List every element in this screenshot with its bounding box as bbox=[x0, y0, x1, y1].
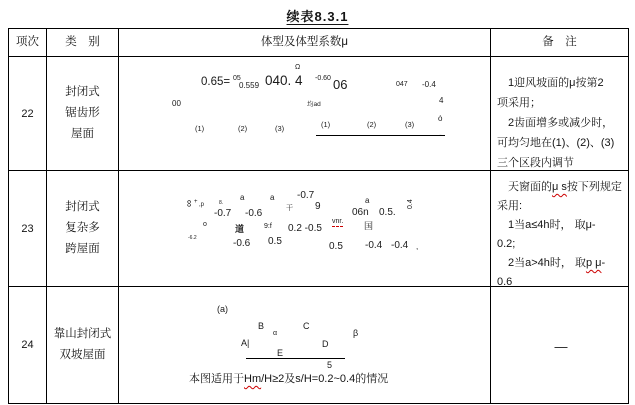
diagram-fragment: (3) bbox=[275, 125, 284, 133]
diagram-fragment: 干 bbox=[286, 205, 293, 212]
diagram-fragment: 8. bbox=[219, 201, 223, 206]
text-line: 锯齿形 bbox=[65, 103, 100, 124]
diagram-fragment: B bbox=[258, 322, 264, 331]
diagram-fragment: -0.6 bbox=[233, 239, 250, 249]
header-cell-category: 类 别 bbox=[46, 29, 118, 56]
text-line: 双坡屋面 bbox=[60, 345, 106, 366]
table-row-22: 22 封闭式锯齿形屋面 Ω0.65=050.559040. 4-0.600604… bbox=[9, 56, 628, 170]
diagram-cell-sawtooth-roof: Ω0.65=050.559040. 4-0.6006047-0.400均ad4ȯ… bbox=[118, 57, 490, 170]
text-line: 可均匀地在(1)、(2)、(3) bbox=[497, 133, 625, 153]
diagram-fragment: 0.5. bbox=[379, 208, 396, 218]
text-line: 三个区段内调节 bbox=[497, 153, 625, 173]
diagram-line bbox=[316, 135, 445, 136]
document-page: 续表8.3.1 项次 类 别 体型及体型系数μ 备 注 22 封闭式锯齿形屋面 … bbox=[0, 0, 635, 405]
text-line: 封闭式 bbox=[65, 82, 100, 103]
diagram-fragment: (1) bbox=[321, 121, 330, 129]
diagram-fragment: , bbox=[416, 243, 418, 251]
text-line: 0.2; bbox=[497, 235, 625, 254]
diagram-fragment: 道 bbox=[235, 225, 244, 234]
header-cell-index: 项次 bbox=[9, 29, 46, 56]
table-row-24: 24 靠山封闭式双坡屋面 本图适用于Hm/H≥2及s/H=0.2~0.4的情况 … bbox=[9, 286, 628, 403]
text-line: 本图适用于Hm/H≥2及s/H=0.2~0.4的情况 bbox=[189, 370, 388, 386]
category-cell: 靠山封闭式双坡屋面 bbox=[46, 287, 118, 403]
diagram-fragment: 06 bbox=[333, 78, 347, 91]
em-dash: — bbox=[555, 337, 568, 357]
diagram-fragment: -0.7 bbox=[214, 209, 231, 219]
text-line: 2齿面增多或减少时， bbox=[497, 113, 625, 133]
header-row: 项次 类 别 体型及体型系数μ 备 注 bbox=[9, 29, 628, 56]
diagram-fragment: 国 bbox=[364, 222, 373, 231]
diagram-fragment: D bbox=[322, 340, 329, 349]
diagram-fragment: (1) bbox=[195, 125, 204, 133]
diagram-fragment: (2) bbox=[238, 125, 247, 133]
diagram-cell-multispan-roof: aa-0.79a+,p8.∞-0.7-0.6干06n0.5.0.4o道9:f0.… bbox=[118, 171, 490, 286]
header-cell-remark: 备 注 bbox=[490, 29, 628, 56]
diagram-fragment: -6.2 bbox=[188, 236, 197, 241]
text-line: 屋面 bbox=[71, 124, 94, 145]
diagram-fragment: -0.60 bbox=[315, 75, 331, 82]
text-line: 靠山封闭式 bbox=[54, 324, 112, 345]
diagram-fragment: 9:f bbox=[264, 223, 272, 230]
data-table: 项次 类 别 体型及体型系数μ 备 注 22 封闭式锯齿形屋面 Ω0.65=05… bbox=[8, 28, 629, 404]
text-line: 采用: bbox=[497, 197, 625, 216]
diagram-fragment: -0.7 bbox=[297, 191, 314, 201]
diagram-fragment: o bbox=[203, 221, 207, 228]
diagram-fragment: a bbox=[365, 197, 369, 205]
text-line: 项采用； bbox=[497, 93, 625, 113]
diagram-fragment: 0.5 bbox=[268, 237, 282, 247]
diagram-fragment: -0.4 bbox=[422, 81, 436, 89]
diagram-fragment: ȯ bbox=[438, 115, 442, 123]
diagram-fragment: 0.559 bbox=[239, 82, 259, 90]
table-title: 续表8.3.1 bbox=[0, 6, 635, 25]
diagram-fragment: (3) bbox=[405, 121, 414, 129]
item-no: 23 bbox=[9, 171, 46, 286]
diagram-cell-gable-roof: 本图适用于Hm/H≥2及s/H=0.2~0.4的情况 (a)BαCβA|DE5 bbox=[118, 287, 490, 403]
diagram-fragment: -0.6 bbox=[245, 209, 262, 219]
remark-cell: 天窗面的μ s按下列规定采用: 1当a≤4h时， 取μ-0.2; 2当a>4h时… bbox=[490, 171, 628, 286]
diagram-fragment: 040. 4 bbox=[265, 74, 303, 88]
text-line: 跨屋面 bbox=[65, 239, 100, 260]
diagram-line bbox=[246, 358, 345, 359]
table-row-23: 23 封闭式复杂多跨屋面 aa-0.79a+,p8.∞-0.7-0.6干06n0… bbox=[9, 170, 628, 286]
diagram-fragment: 0.2 -0.5 bbox=[288, 224, 322, 234]
diagram-fragment: Ω bbox=[295, 64, 300, 71]
diagram-fragment: vnr. bbox=[332, 218, 343, 227]
diagram-fragment: -0.4 bbox=[365, 241, 382, 251]
category-cell: 封闭式复杂多跨屋面 bbox=[46, 171, 118, 286]
diagram-fragment: 06n bbox=[352, 208, 369, 218]
diagram-fragment: β bbox=[353, 329, 358, 338]
diagram-fragment: 0.4 bbox=[407, 199, 414, 209]
text-line: 1当a≤4h时， 取μ- bbox=[497, 216, 625, 235]
header-cell-shape: 体型及体型系数μ bbox=[118, 29, 490, 56]
diagram-fragment: 0.5 bbox=[329, 242, 343, 252]
diagram-fragment: 4 bbox=[439, 97, 443, 105]
category-cell: 封闭式锯齿形屋面 bbox=[46, 57, 118, 170]
diagram-fragment: ∞ bbox=[185, 200, 195, 207]
text-line: 封闭式 bbox=[65, 197, 100, 218]
diagram-fragment: C bbox=[303, 322, 310, 331]
diagram-fragment: 047 bbox=[396, 81, 408, 88]
diagram-fragment: -0.4 bbox=[391, 241, 408, 251]
diagram-fragment: 0.65= bbox=[201, 77, 230, 89]
text-line: 1迎风坡面的μ按第2 bbox=[497, 73, 625, 93]
diagram-fragment: (a) bbox=[217, 305, 228, 314]
diagram-fragment: 00 bbox=[172, 100, 181, 108]
diagram-fragment: A| bbox=[241, 339, 249, 348]
diagram-fragment: a bbox=[240, 194, 244, 202]
diagram-fragment: a bbox=[270, 194, 274, 202]
remark-cell: 1迎风坡面的μ按第2项采用； 2齿面增多或减少时，可均匀地在(1)、(2)、(3… bbox=[490, 57, 628, 170]
diagram-fragment: 5 bbox=[327, 361, 332, 370]
diagram-fragment: α bbox=[273, 330, 277, 337]
figure-caption: 本图适用于Hm/H≥2及s/H=0.2~0.4的情况 bbox=[189, 370, 388, 386]
diagram-fragment: 均ad bbox=[307, 102, 321, 109]
diagram-fragment: E bbox=[277, 349, 283, 358]
diagram-fragment: 9 bbox=[315, 202, 321, 212]
remark-cell: — bbox=[490, 287, 628, 403]
item-no: 24 bbox=[9, 287, 46, 403]
item-no: 22 bbox=[9, 57, 46, 170]
diagram-fragment: (2) bbox=[367, 121, 376, 129]
text-line: 天窗面的μ s按下列规定 bbox=[497, 178, 625, 197]
diagram-fragment: ,p bbox=[199, 202, 204, 208]
text-line: 2当a>4h时， 取p μ- bbox=[497, 254, 625, 273]
text-line: 复杂多 bbox=[65, 218, 100, 239]
